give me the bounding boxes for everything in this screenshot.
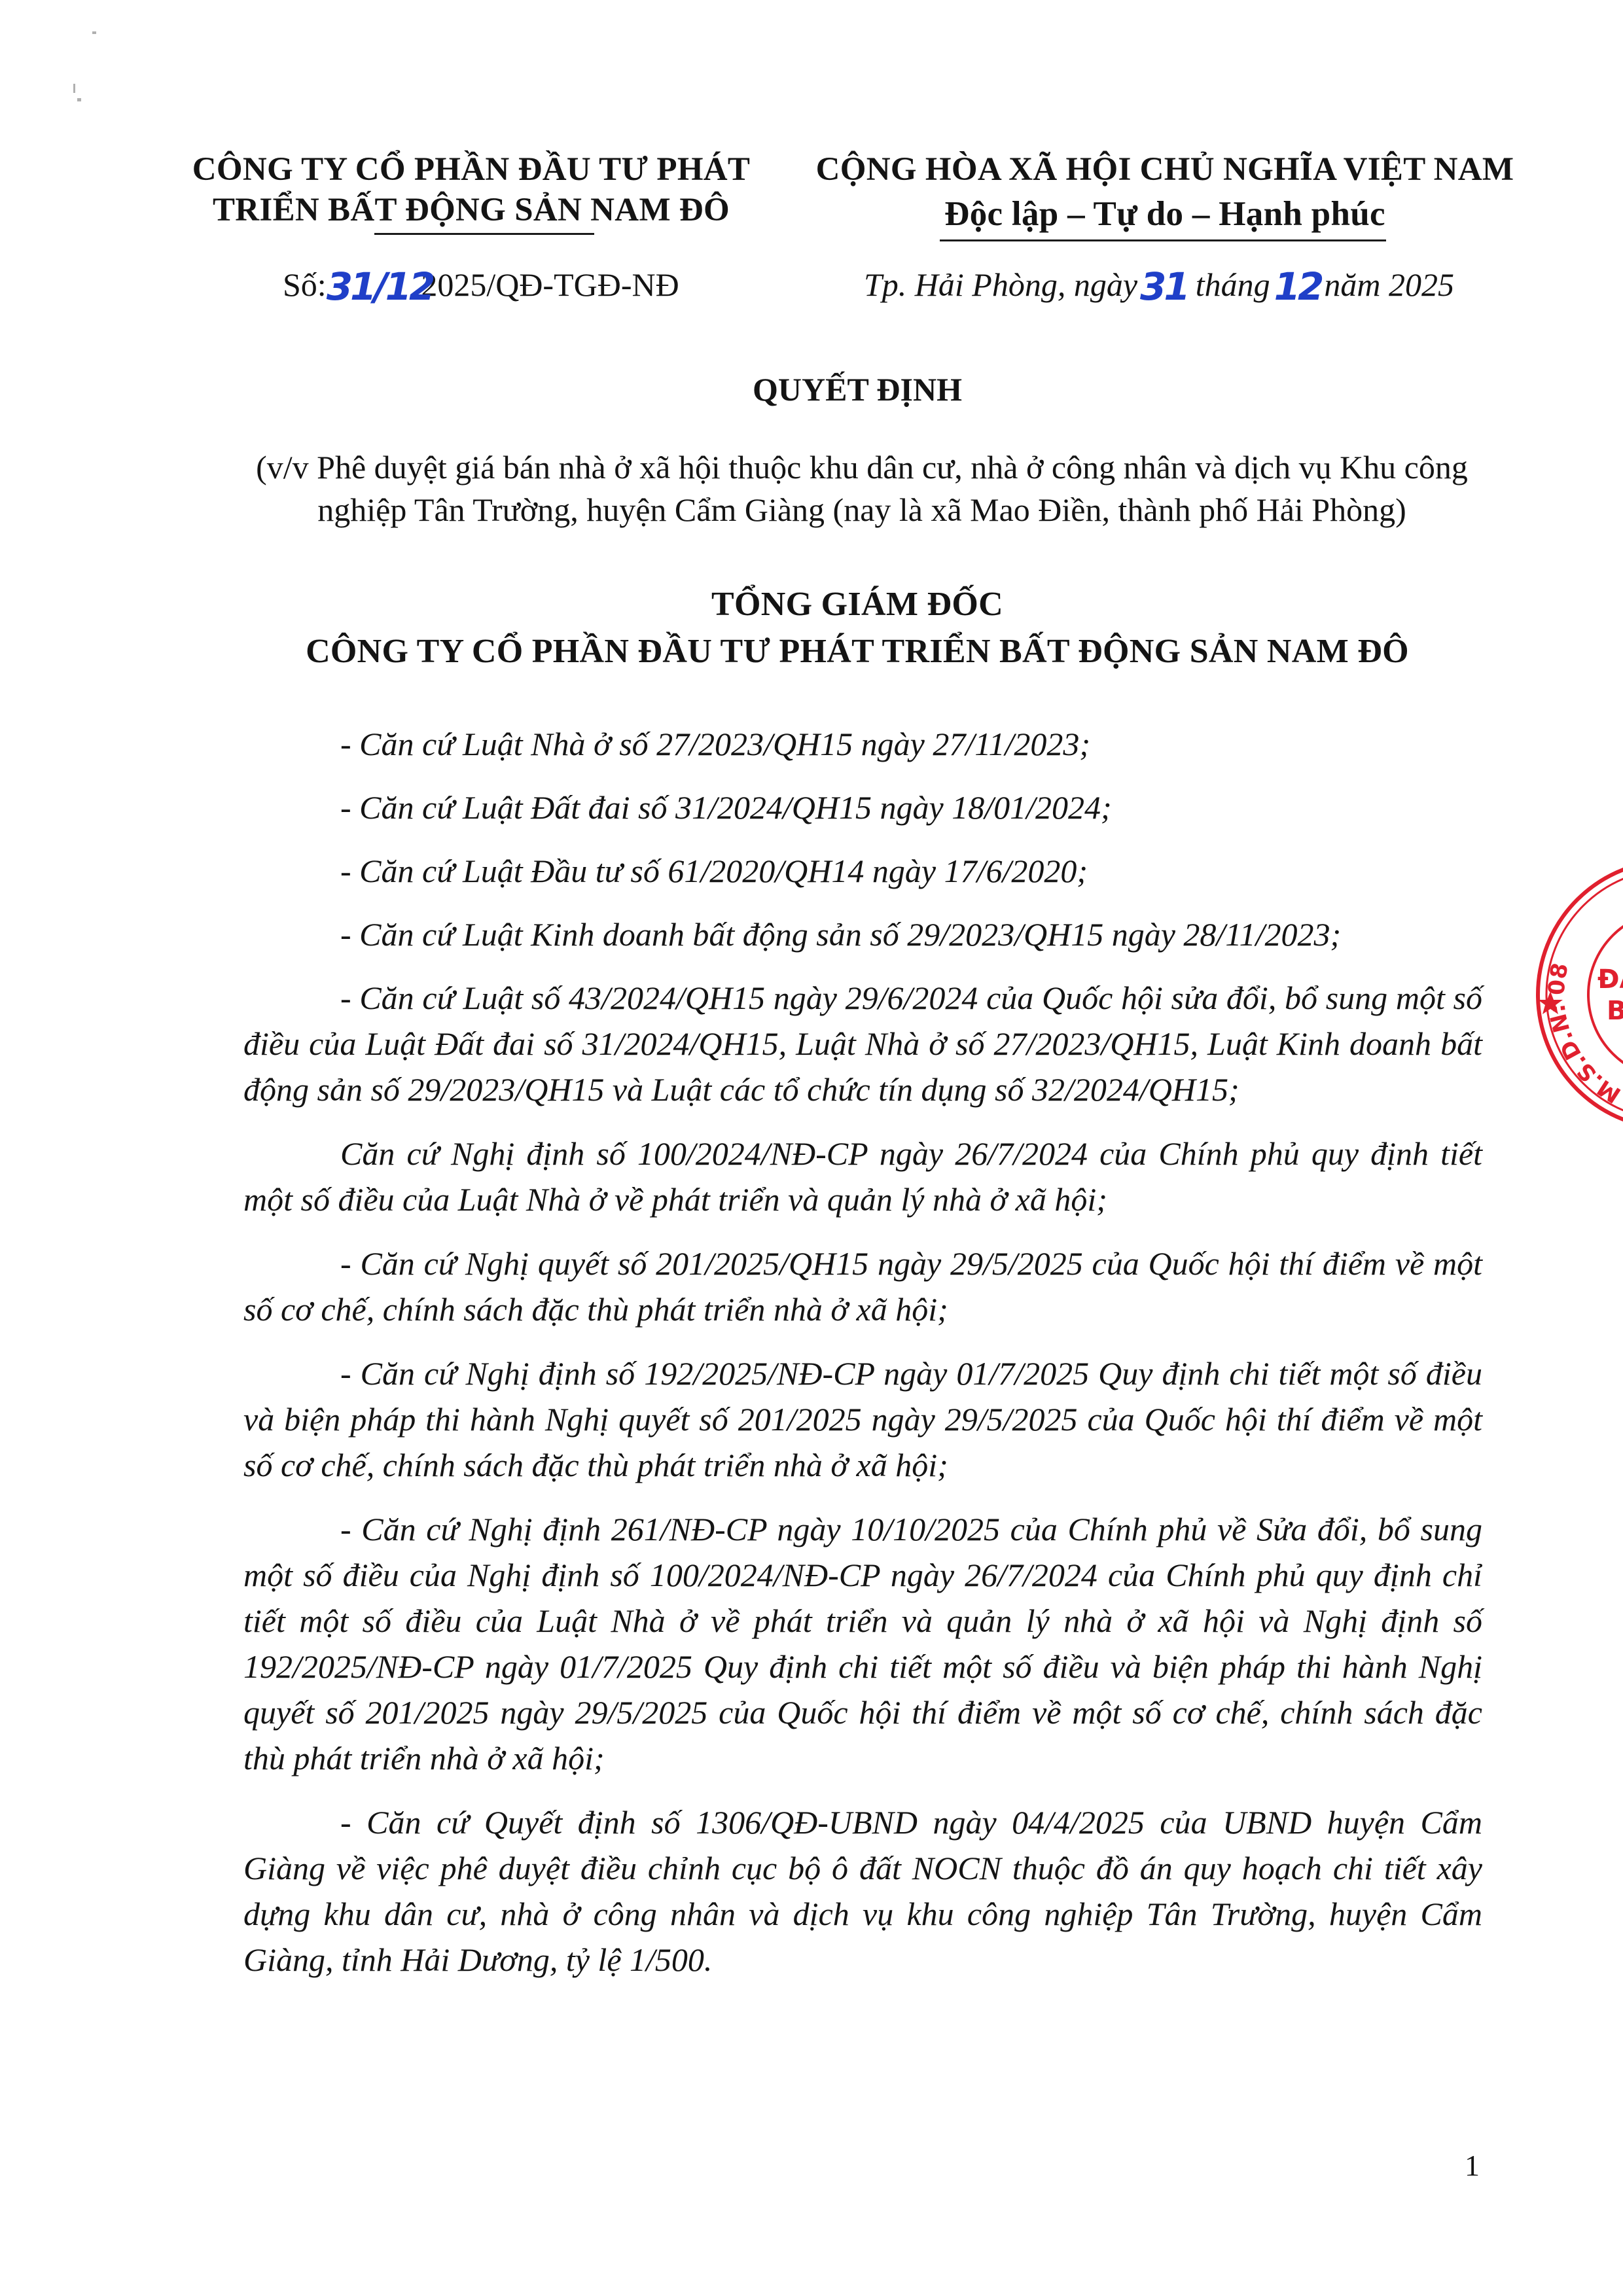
legal-basis-item: - Căn cứ Luật Kinh doanh bất động sản số… bbox=[243, 911, 1482, 957]
legal-basis-item: - Căn cứ Luật Đầu tư số 61/2020/QH14 ngà… bbox=[243, 848, 1482, 894]
legal-basis-item: Căn cứ Nghị định số 100/2024/NĐ-CP ngày … bbox=[243, 1131, 1482, 1222]
company-seal-stamp: M.S.D.N: 08 P. BẮC ĐẦ BẤ bbox=[1535, 857, 1623, 1132]
page-number: 1 bbox=[1465, 2148, 1480, 2183]
legal-basis-item: - Căn cứ Luật Đất đai số 31/2024/QH15 ng… bbox=[243, 785, 1482, 830]
national-header: CỘNG HÒA XÃ HỘI CHỦ NGHĨA VIỆT NAM Độc l… bbox=[798, 149, 1531, 234]
scan-artifact bbox=[77, 98, 81, 101]
svg-text:ĐẦ: ĐẦ bbox=[1597, 959, 1623, 995]
motto-underline bbox=[940, 239, 1386, 241]
company-name-line2: TRIỂN BẤT ĐỘNG SẢN NAM ĐÔ bbox=[164, 190, 779, 230]
document-type-title: QUYẾT ĐỊNH bbox=[0, 370, 1623, 408]
issuer-title: TỔNG GIÁM ĐỐC bbox=[0, 581, 1623, 628]
legal-basis-item: - Căn cứ Nghị định 261/NĐ-CP ngày 10/10/… bbox=[243, 1506, 1482, 1781]
svg-text:BẤ: BẤ bbox=[1607, 991, 1623, 1026]
handwritten-day: 31 bbox=[1140, 264, 1188, 309]
date-place: Tp. Hải Phòng, ngày bbox=[864, 266, 1137, 303]
document-number-suffix: 2025/QĐ-TGĐ-NĐ bbox=[421, 266, 679, 303]
national-motto: Độc lập – Tự do – Hạnh phúc bbox=[798, 194, 1531, 234]
company-name-line1: CÔNG TY CỔ PHẦN ĐẦU TƯ PHÁT bbox=[164, 149, 779, 190]
document-number: Số:31/122025/QĐ-TGĐ-NĐ bbox=[283, 263, 679, 304]
scan-artifact bbox=[92, 31, 96, 34]
handwritten-month: 12 bbox=[1274, 264, 1322, 309]
document-number-prefix: Số: bbox=[283, 266, 327, 303]
legal-bases: - Căn cứ Luật Nhà ở số 27/2023/QH15 ngày… bbox=[243, 721, 1482, 2001]
legal-basis-item: - Căn cứ Luật Nhà ở số 27/2023/QH15 ngày… bbox=[243, 721, 1482, 767]
company-underline bbox=[374, 233, 594, 235]
company-name-header: CÔNG TY CỔ PHẦN ĐẦU TƯ PHÁT TRIỂN BẤT ĐỘ… bbox=[164, 149, 779, 230]
document-subject: (v/v Phê duyệt giá bán nhà ở xã hội thuộ… bbox=[237, 446, 1487, 531]
scan-artifact bbox=[73, 84, 75, 93]
nation-name: CỘNG HÒA XÃ HỘI CHỦ NGHĨA VIỆT NAM bbox=[798, 149, 1531, 190]
legal-basis-item: - Căn cứ Luật số 43/2024/QH15 ngày 29/6/… bbox=[243, 975, 1482, 1112]
legal-basis-item: - Căn cứ Nghị định số 192/2025/NĐ-CP ngà… bbox=[243, 1351, 1482, 1488]
date-year: năm 2025 bbox=[1324, 266, 1454, 303]
handwritten-number: 31/12 bbox=[327, 264, 433, 309]
legal-basis-item: - Căn cứ Nghị quyết số 201/2025/QH15 ngà… bbox=[243, 1241, 1482, 1332]
date-month-label: tháng bbox=[1196, 266, 1270, 303]
issuer-block: TỔNG GIÁM ĐỐC CÔNG TY CỔ PHẦN ĐẦU TƯ PHÁ… bbox=[0, 581, 1623, 675]
legal-basis-item: - Căn cứ Quyết định số 1306/QĐ-UBND ngày… bbox=[243, 1799, 1482, 1983]
issue-date: Tp. Hải Phòng, ngày31tháng12năm 2025 bbox=[864, 263, 1454, 304]
issuer-organization: CÔNG TY CỔ PHẦN ĐẦU TƯ PHÁT TRIỂN BẤT ĐỘ… bbox=[0, 628, 1623, 675]
